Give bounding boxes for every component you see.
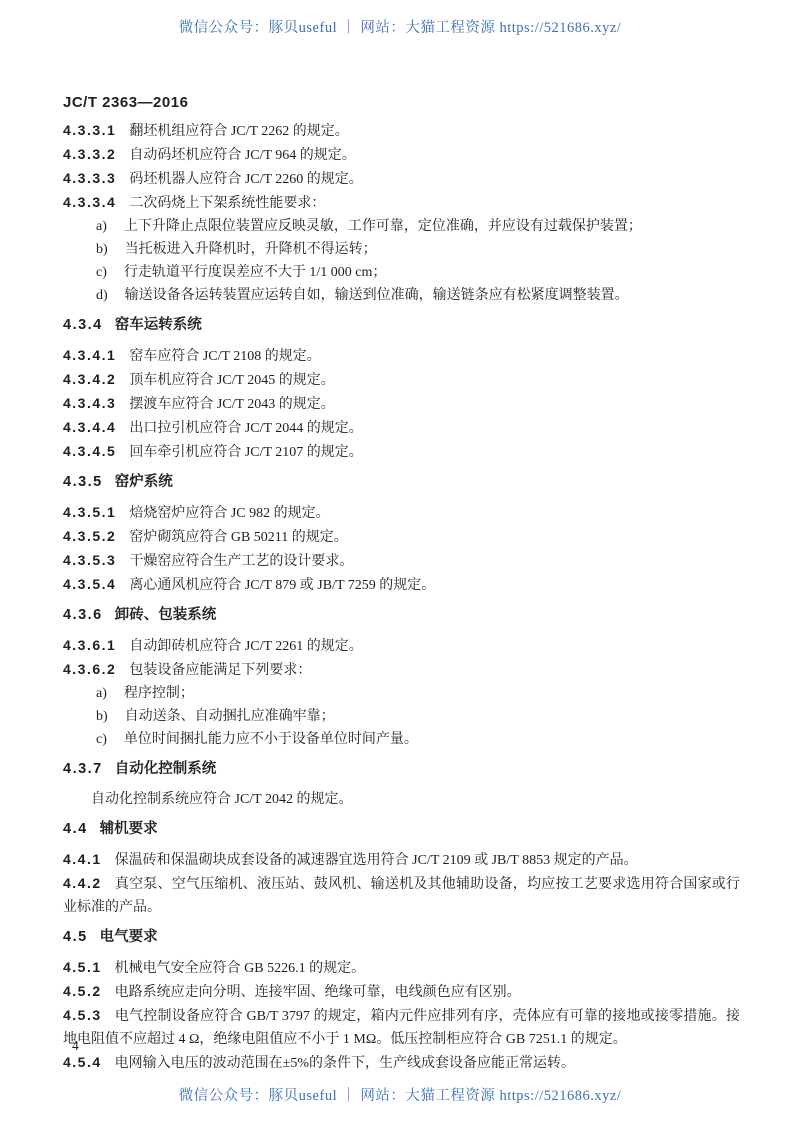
clause-text: 离心通风机应符合 JC/T 879 或 JB/T 7259 的规定。 — [129, 578, 435, 593]
clause-text: 保温砖和保温砌块成套设备的减速器宜选用符合 JC/T 2109 或 JB/T 8… — [115, 853, 638, 868]
clause-text: 干燥窑应符合生产工艺的设计要求。 — [129, 554, 353, 569]
clause-text: 顶车机应符合 JC/T 2045 的规定。 — [129, 373, 334, 388]
list-marker: c) — [96, 732, 107, 747]
clause-number: 4.4.1 — [63, 851, 102, 867]
list-item: c)单位时间捆扎能力应不小于设备单位时间产量。 — [63, 728, 740, 751]
list-marker: d) — [96, 288, 108, 303]
clause-text: 窑车应符合 JC/T 2108 的规定。 — [129, 349, 320, 364]
clause-number: 4.3.3.3 — [63, 170, 116, 186]
section-heading: 4.3.5窑炉系统 — [63, 471, 740, 494]
section-heading: 4.4辅机要求 — [63, 818, 740, 841]
clause-number: 4.3.4 — [63, 317, 103, 333]
clause-row: 4.3.3.2自动码坯机应符合 JC/T 964 的规定。 — [63, 143, 740, 167]
list-marker: b) — [96, 242, 108, 257]
clause-text: 二次码烧上下架系统性能要求： — [129, 196, 325, 211]
clause-text: 码坯机器人应符合 JC/T 2260 的规定。 — [129, 172, 362, 187]
clause-text: 电网输入电压的波动范围在±5%的条件下，生产线成套设备应能正常运转。 — [115, 1056, 575, 1071]
clause-row: 4.3.3.3码坯机器人应符合 JC/T 2260 的规定。 — [63, 167, 740, 191]
document-code: JC/T 2363—2016 — [63, 94, 188, 111]
clause-text: 出口拉引机应符合 JC/T 2044 的规定。 — [129, 421, 362, 436]
clause-text: 上下升降止点限位装置应反映灵敏，工作可靠，定位准确，并应设有过载保护装置； — [124, 219, 642, 234]
clause-row: 4.3.4.3摆渡车应符合 JC/T 2043 的规定。 — [63, 392, 740, 416]
clause-text: 电气控制设备应符合 GB/T 3797 的规定，箱内元件应排列有序，壳体应有可靠… — [63, 1009, 740, 1047]
clause-number: 4.3.5.4 — [63, 576, 116, 592]
clause-text: 行走轨道平行度误差应不大于 1/1 000 cm； — [124, 265, 387, 280]
list-item: a)程序控制； — [63, 682, 740, 705]
clause-text: 单位时间捆扎能力应不小于设备单位时间产量。 — [124, 732, 418, 747]
heading-text: 窑炉系统 — [115, 474, 173, 490]
clause-number: 4.3.4.3 — [63, 395, 116, 411]
section-heading: 4.3.7自动化控制系统 — [63, 758, 740, 781]
clause-row: 4.3.6.1自动卸砖机应符合 JC/T 2261 的规定。 — [63, 634, 740, 658]
clause-text: 焙烧窑炉应符合 JC 982 的规定。 — [129, 506, 329, 521]
clause-number: 4.4.2 — [63, 875, 102, 891]
clause-text: 自动送条、自动捆扎应准确牢靠； — [125, 709, 335, 724]
clause-row: 4.4.2真空泵、空气压缩机、液压站、鼓风机、输送机及其他辅助设备，均应按工艺要… — [63, 872, 740, 919]
clause-text: 翻坯机组应符合 JC/T 2262 的规定。 — [129, 124, 348, 139]
section-heading: 4.3.4窑车运转系统 — [63, 314, 740, 337]
clause-row: 4.5.1机械电气安全应符合 GB 5226.1 的规定。 — [63, 956, 740, 980]
clause-row: 4.3.5.1焙烧窑炉应符合 JC 982 的规定。 — [63, 501, 740, 525]
clause-row: 4.5.2电路系统应走向分明、连接牢固、绝缘可靠，电线颜色应有区别。 — [63, 980, 740, 1004]
clause-number: 4.3.5 — [63, 474, 103, 490]
heading-text: 自动化控制系统 — [115, 761, 217, 777]
clause-number: 4.3.5.1 — [63, 504, 116, 520]
clause-row: 4.5.4电网输入电压的波动范围在±5%的条件下，生产线成套设备应能正常运转。 — [63, 1051, 740, 1075]
section-heading: 4.5电气要求 — [63, 926, 740, 949]
list-item: d)输送设备各运转装置应运转自如，输送到位准确，输送链条应有松紧度调整装置。 — [63, 284, 740, 307]
clause-number: 4.4 — [63, 821, 88, 837]
clause-number: 4.3.6.1 — [63, 637, 116, 653]
heading-text: 窑车运转系统 — [115, 317, 202, 333]
clause-text: 自动码坯机应符合 JC/T 964 的规定。 — [129, 148, 355, 163]
clause-number: 4.3.3.2 — [63, 146, 116, 162]
clause-text: 真空泵、空气压缩机、液压站、鼓风机、输送机及其他辅助设备，均应按工艺要求选用符合… — [63, 877, 740, 915]
list-item: c)行走轨道平行度误差应不大于 1/1 000 cm； — [63, 261, 740, 284]
clause-text: 摆渡车应符合 JC/T 2043 的规定。 — [129, 397, 334, 412]
clause-number: 4.3.4.1 — [63, 347, 116, 363]
clause-number: 4.3.4.5 — [63, 443, 116, 459]
clause-row: 4.4.1保温砖和保温砌块成套设备的减速器宜选用符合 JC/T 2109 或 J… — [63, 848, 740, 872]
clause-row: 4.3.4.4出口拉引机应符合 JC/T 2044 的规定。 — [63, 416, 740, 440]
clause-text: 自动化控制系统应符合 JC/T 2042 的规定。 — [91, 792, 352, 807]
heading-text: 辅机要求 — [100, 821, 158, 837]
clause-number: 4.5.1 — [63, 959, 102, 975]
clause-row: 4.3.5.4离心通风机应符合 JC/T 879 或 JB/T 7259 的规定… — [63, 573, 740, 597]
clause-text: 程序控制； — [124, 686, 194, 701]
clause-row: 4.3.4.2顶车机应符合 JC/T 2045 的规定。 — [63, 368, 740, 392]
clause-row: 4.3.6.2包装设备应能满足下列要求： — [63, 658, 740, 682]
clause-number: 4.3.5.3 — [63, 552, 116, 568]
clause-number: 4.3.4.4 — [63, 419, 116, 435]
clause-text: 当托板进入升降机时，升降机不得运转； — [125, 242, 377, 257]
clause-row: 4.3.5.3干燥窑应符合生产工艺的设计要求。 — [63, 549, 740, 573]
clause-number: 4.3.6 — [63, 607, 103, 623]
watermark-header: 微信公众号：豚贝useful ｜ 网站：大猫工程资源 https://52168… — [0, 16, 800, 37]
heading-text: 卸砖、包装系统 — [115, 607, 217, 623]
list-marker: c) — [96, 265, 107, 280]
clause-row: 4.3.3.4二次码烧上下架系统性能要求： — [63, 191, 740, 215]
heading-text: 电气要求 — [100, 929, 158, 945]
list-item: b)当托板进入升降机时，升降机不得运转； — [63, 238, 740, 261]
clause-number: 4.3.3.4 — [63, 194, 116, 210]
clause-text: 窑炉砌筑应符合 GB 50211 的规定。 — [129, 530, 347, 545]
list-marker: a) — [96, 686, 107, 701]
clause-number: 4.5.3 — [63, 1007, 102, 1023]
clause-text: 电路系统应走向分明、连接牢固、绝缘可靠，电线颜色应有区别。 — [115, 985, 521, 1000]
clause-number: 4.3.4.2 — [63, 371, 116, 387]
page-number: 4 — [72, 1038, 79, 1054]
clause-text: 包装设备应能满足下列要求： — [129, 663, 311, 678]
clause-number: 4.5.2 — [63, 983, 102, 999]
watermark-footer: 微信公众号：豚贝useful ｜ 网站：大猫工程资源 https://52168… — [0, 1084, 800, 1105]
paragraph: 自动化控制系统应符合 JC/T 2042 的规定。 — [63, 788, 740, 811]
clause-text: 输送设备各运转装置应运转自如，输送到位准确，输送链条应有松紧度调整装置。 — [125, 288, 629, 303]
clause-number: 4.3.3.1 — [63, 122, 116, 138]
clause-row: 4.3.4.1窑车应符合 JC/T 2108 的规定。 — [63, 344, 740, 368]
document-body: 4.3.3.1翻坯机组应符合 JC/T 2262 的规定。4.3.3.2自动码坯… — [63, 119, 740, 1075]
clause-number: 4.5.4 — [63, 1054, 102, 1070]
clause-text: 回车牵引机应符合 JC/T 2107 的规定。 — [129, 445, 362, 460]
clause-number: 4.3.7 — [63, 761, 103, 777]
list-marker: a) — [96, 219, 107, 234]
clause-number: 4.3.5.2 — [63, 528, 116, 544]
clause-text: 自动卸砖机应符合 JC/T 2261 的规定。 — [129, 639, 362, 654]
list-item: b)自动送条、自动捆扎应准确牢靠； — [63, 705, 740, 728]
section-heading: 4.3.6卸砖、包装系统 — [63, 604, 740, 627]
clause-number: 4.3.6.2 — [63, 661, 116, 677]
list-item: a)上下升降止点限位装置应反映灵敏，工作可靠，定位准确，并应设有过载保护装置； — [63, 215, 740, 238]
clause-row: 4.3.5.2窑炉砌筑应符合 GB 50211 的规定。 — [63, 525, 740, 549]
clause-text: 机械电气安全应符合 GB 5226.1 的规定。 — [115, 961, 365, 976]
clause-row: 4.3.4.5回车牵引机应符合 JC/T 2107 的规定。 — [63, 440, 740, 464]
clause-row: 4.3.3.1翻坯机组应符合 JC/T 2262 的规定。 — [63, 119, 740, 143]
clause-row: 4.5.3电气控制设备应符合 GB/T 3797 的规定，箱内元件应排列有序，壳… — [63, 1004, 740, 1051]
list-marker: b) — [96, 709, 108, 724]
clause-number: 4.5 — [63, 929, 88, 945]
